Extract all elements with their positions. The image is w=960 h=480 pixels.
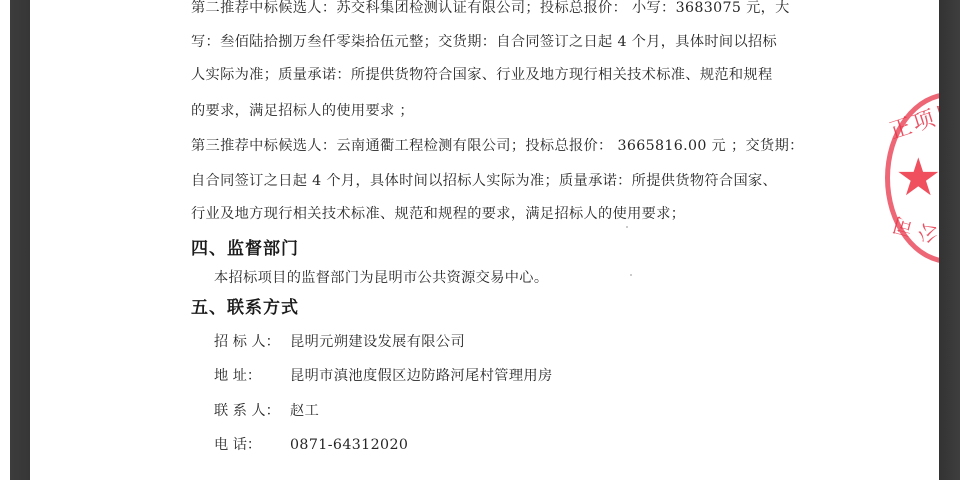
contact-value: 昆明市滇池度假区边防路河尾村管理用房 [290,368,553,384]
section-heading-contact: 五、联系方式 [191,297,299,319]
paragraph-line: 行业及地方现行相关技术标准、规范和规程的要求，满足招标人的使用要求； [191,204,685,224]
contact-row-tenderer: 招 标 人：昆明元朔建设发展有限公司 [214,332,465,352]
supervision-text: 本招标项目的监督部门为昆明市公共资源交易中心。 [214,268,548,288]
viewer-background-left [10,0,30,480]
scan-speck [626,226,628,228]
contact-row-address: 地 址：昆明市滇池度假区边防路河尾村管理用房 [214,366,553,386]
paragraph-line: 人实际为准；质量承诺：所提供货物符合国家、行业及地方现行相关技术标准、规范和规程 [191,65,773,85]
paragraph-line: 的要求，满足招标人的使用要求 ； [191,101,414,121]
document-page: 第二推荐中标候选人：苏交科集团检测认证有限公司；投标总报价： 小写：368307… [30,0,939,480]
contact-value: 赵工 [290,403,319,419]
paragraph-line: 自合同签订之日起 4 个月，具体时间以招标人实际为准；质量承诺：所提供货物符合国… [191,171,777,191]
paragraph-line: 写：叁佰陆拾捌万叁仟零柒拾伍元整；交货期：自合同签订之日起 4 个月，具体时间以… [191,32,777,52]
paragraph-line: 第二推荐中标候选人：苏交科集团检测认证有限公司；投标总报价： 小写：368307… [191,0,790,18]
official-seal-star-icon: ★ [895,152,939,204]
scan-speck [630,274,632,276]
contact-label: 招 标 人： [214,332,290,352]
contact-label: 联 系 人： [214,401,290,421]
paragraph-line: 第三推荐中标候选人：云南通衢工程检测有限公司；投标总报价： 3665816.00… [191,136,804,156]
contact-row-phone: 电 话：0871-64312020 [214,435,408,455]
contact-row-person: 联 系 人：赵工 [214,401,319,421]
contact-value: 昆明元朔建设发展有限公司 [290,334,465,350]
contact-label: 电 话： [214,435,290,455]
section-heading-supervision: 四、监督部门 [191,238,299,260]
contact-value: 0871-64312020 [290,437,408,453]
viewer-background-right [939,0,960,480]
contact-label: 地 址： [214,366,290,386]
